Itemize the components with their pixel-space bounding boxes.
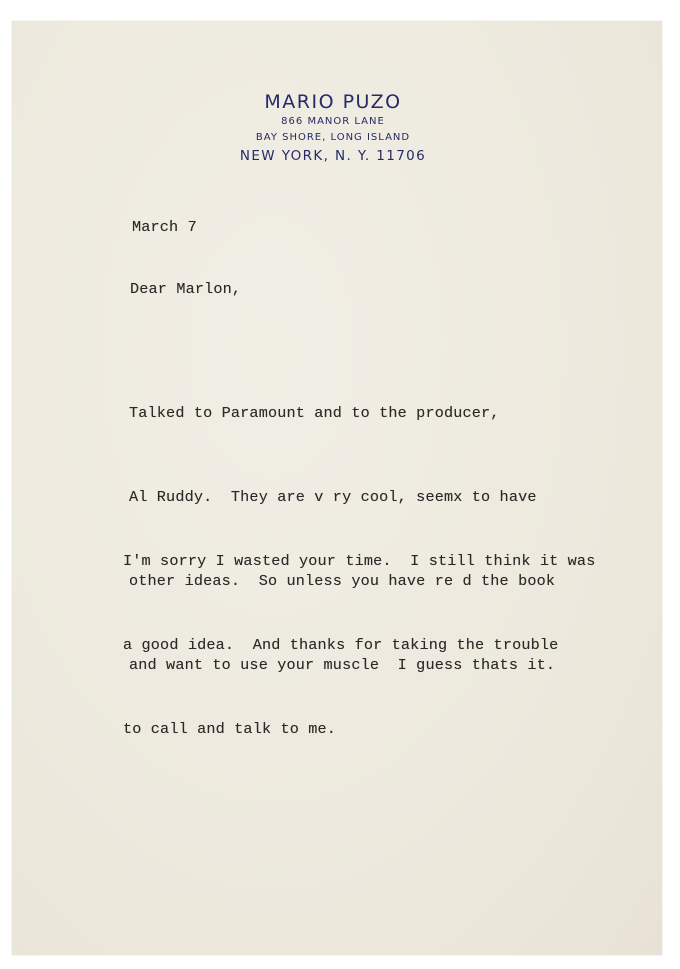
letterhead-city-zip: NEW YORK, N. Y. 11706 [8,146,658,166]
paragraph-line: Talked to Paramount and to the producer, [129,399,555,427]
letter-date: March 7 [132,218,197,236]
letterhead-name: MARIO PUZO [8,90,658,114]
letterhead: MARIO PUZO 866 MANOR LANE BAY SHORE, LON… [8,90,658,166]
letterhead-street: 866 MANOR LANE [8,114,658,130]
paragraph-line: a good idea. And thanks for taking the t… [123,631,595,659]
paragraph-line: to call and talk to me. [123,715,595,743]
letter-paper: MARIO PUZO 866 MANOR LANE BAY SHORE, LON… [12,21,662,955]
paragraph-line: I'm sorry I wasted your time. I still th… [123,547,595,575]
letter-paragraph-2: I'm sorry I wasted your time. I still th… [123,491,595,799]
letter-salutation: Dear Marlon, [130,280,241,298]
letterhead-town: BAY SHORE, LONG ISLAND [8,130,658,146]
